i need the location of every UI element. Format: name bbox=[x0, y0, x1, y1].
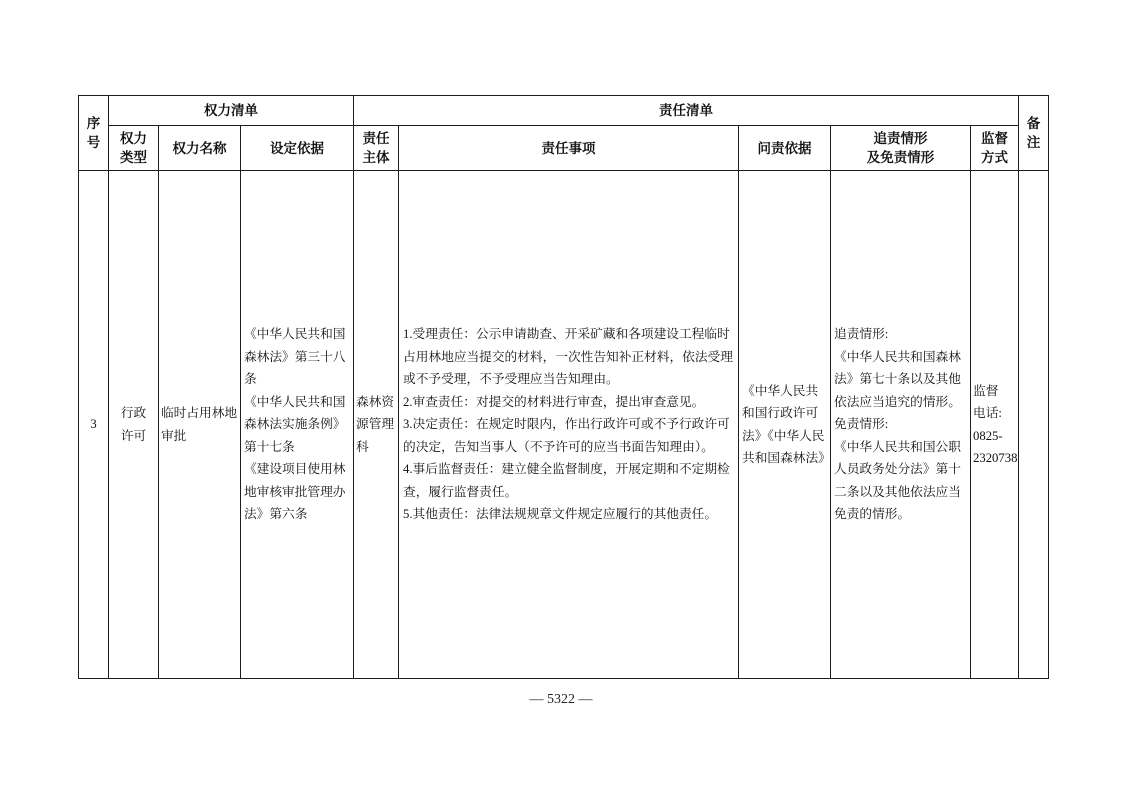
power-responsibility-table: 序 号 权力清单 责任清单 备 注 权力 类型 权力名称 设定依据 责任 主体 … bbox=[78, 95, 1049, 679]
cell-supervision-method: 监督 电话: 0825- 2320738 bbox=[971, 171, 1019, 679]
table-row: 3 行政 许可 临时占用林地审批 《中华人民共和国森林法》第三十八条 《中华人民… bbox=[79, 171, 1049, 679]
cell-liability-situations: 追责情形: 《中华人民共和国森林法》第七十条以及其他依法应当追究的情形。 免责情… bbox=[831, 171, 971, 679]
cell-power-type: 行政 许可 bbox=[109, 171, 159, 679]
header-group-row: 序 号 权力清单 责任清单 备 注 bbox=[79, 96, 1049, 126]
document-page: 序 号 权力清单 责任清单 备 注 权力 类型 权力名称 设定依据 责任 主体 … bbox=[0, 0, 1122, 793]
cell-setting-basis: 《中华人民共和国森林法》第三十八条 《中华人民共和国森林法实施条例》第十七条 《… bbox=[241, 171, 354, 679]
cell-responsibility-items: 1.受理责任：公示申请勘查、开采矿藏和各项建设工程临时占用林地应当提交的材料，一… bbox=[399, 171, 739, 679]
header-remark: 备 注 bbox=[1019, 96, 1049, 171]
page-number: — 5322 — bbox=[0, 692, 1122, 708]
cell-responsible-subject: 森林资源管理科 bbox=[354, 171, 399, 679]
header-power-list: 权力清单 bbox=[109, 96, 354, 126]
cell-serial: 3 bbox=[79, 171, 109, 679]
header-liability-situations: 追责情形 及免责情形 bbox=[831, 126, 971, 171]
header-responsibility-items: 责任事项 bbox=[399, 126, 739, 171]
header-power-name: 权力名称 bbox=[159, 126, 241, 171]
header-power-type: 权力 类型 bbox=[109, 126, 159, 171]
cell-power-name: 临时占用林地审批 bbox=[159, 171, 241, 679]
cell-remark bbox=[1019, 171, 1049, 679]
header-accountability-basis: 问责依据 bbox=[739, 126, 831, 171]
header-responsible-subject: 责任 主体 bbox=[354, 126, 399, 171]
header-setting-basis: 设定依据 bbox=[241, 126, 354, 171]
header-supervision-method: 监督 方式 bbox=[971, 126, 1019, 171]
header-row: 权力 类型 权力名称 设定依据 责任 主体 责任事项 问责依据 追责情形 及免责… bbox=[79, 126, 1049, 171]
header-serial: 序 号 bbox=[79, 96, 109, 171]
cell-accountability-basis: 《中华人民共和国行政许可法》《中华人民共和国森林法》 bbox=[739, 171, 831, 679]
header-responsibility-list: 责任清单 bbox=[354, 96, 1019, 126]
